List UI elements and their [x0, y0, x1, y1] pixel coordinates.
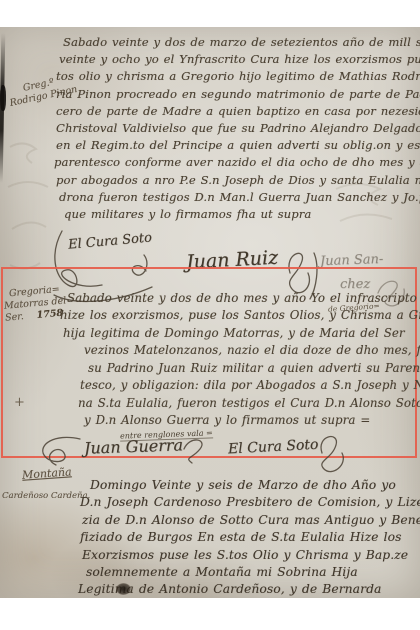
manuscript-page: Greg.º Rodrigo Pinon Sabado veinte y dos… — [0, 27, 420, 598]
margin-note-abbrev: Ser. — [5, 311, 25, 324]
baptism-entry-2: Sabado veinte y dos de dho mes y año Yo … — [60, 290, 416, 430]
cross-mark: + — [14, 395, 25, 410]
manuscript-line: ria Pinon procreado en segundo matrimoni… — [56, 86, 416, 103]
manuscript-line: hija legitima de Domingo Matorras, y de … — [63, 325, 416, 342]
manuscript-line: Sabado veinte y dos de dho mes y año Yo … — [67, 290, 416, 307]
signature-juan-guerra: Juan Guerra — [84, 435, 184, 457]
manuscript-line: fiziado de Burgos En esta de S.ta Eulali… — [80, 529, 416, 546]
signature-cura-soto-1: El Cura Soto — [68, 230, 153, 252]
manuscript-line: solemnemente a Montaña mi Sobrina Hija — [86, 564, 416, 581]
manuscript-line: Sabado veinte y dos de marzo de setezien… — [63, 34, 416, 51]
manuscript-line: que militares y lo firmamos fha ut supra — [64, 206, 416, 223]
manuscript-line: Christoval Valdivielso que fue su Padrin… — [56, 120, 416, 137]
baptism-entry-1: Sabado veinte y dos de marzo de setezien… — [56, 34, 416, 223]
manuscript-line: su Padrino Juan Ruiz militar a quien adv… — [88, 360, 416, 377]
manuscript-line: tos olio y chrisma a Gregorio hijo legit… — [56, 68, 416, 85]
manuscript-line: drona fueron testigos D.n Man.l Guerra J… — [59, 189, 416, 206]
ink-blot — [116, 583, 131, 595]
manuscript-line: vezinos Matelonzanos, nazio el dia doze … — [84, 342, 416, 359]
manuscript-line: tesco, y obligazion: dila por Abogados a… — [80, 377, 416, 394]
baptism-entry-3: Domingo Veinte y seis de Marzo de dho Añ… — [72, 477, 416, 599]
margin-note-line: Montaña — [22, 466, 72, 481]
scanned-document: Greg.º Rodrigo Pinon Sabado veinte y dos… — [0, 0, 420, 630]
manuscript-line: Exorzismos puse les S.tos Olio y Chrisma… — [82, 547, 416, 564]
manuscript-line: na S.ta Eulalia, fueron testigos el Cura… — [78, 395, 416, 412]
manuscript-line: zia de D.n Alonso de Sotto Cura mas Anti… — [82, 512, 416, 529]
manuscript-line: cero de parte de Madre a quien baptizo e… — [56, 103, 416, 120]
manuscript-line: D.n Joseph Cardenoso Presbitero de Comis… — [80, 494, 416, 511]
manuscript-line: Domingo Veinte y seis de Marzo de dho Añ… — [90, 477, 416, 494]
binding-mark — [0, 85, 6, 111]
manuscript-line: hize los exorzismos, puse los Santos Oli… — [60, 307, 416, 324]
manuscript-line: por abogados a nro P.e S.n Joseph de Dio… — [56, 172, 416, 189]
margin-note-entry-2: Gregoria= Matorras del Ser. 1758 — [3, 283, 68, 324]
margin-note-entry-3: Montaña — [22, 468, 72, 480]
manuscript-line: y D.n Alonso Guerra y lo firmamos ut sup… — [84, 412, 416, 429]
manuscript-line: parentesco conforme aver nazido el dia o… — [54, 154, 416, 171]
manuscript-line: veinte y ocho yo el Ynfrascrito Cura hiz… — [59, 51, 416, 68]
manuscript-line: en el Regim.to del Principe a quien adve… — [56, 137, 416, 154]
